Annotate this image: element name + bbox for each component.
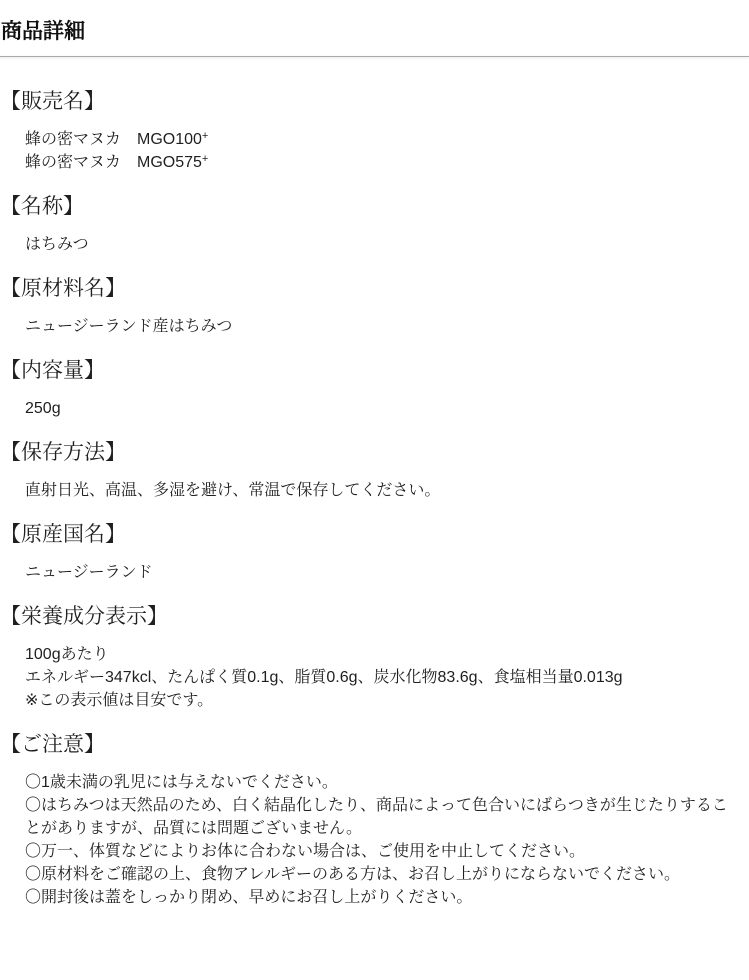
section-body-origin-country: ニュージーランド <box>25 561 741 584</box>
section-body-caution: 〇1歳未満の乳児には与えないでください。 〇はちみつは天然品のため、白く結晶化し… <box>25 771 741 909</box>
section-nutrition-facts: 【栄養成分表示】 100gあたり エネルギー347kcl、たんぱく質0.1g、脂… <box>0 602 741 712</box>
ingredients-value: ニュージーランド産はちみつ <box>25 315 741 338</box>
section-sales-name: 【販売名】 蜂の密マヌカ MGO100+ 蜂の密マヌカ MGO575+ <box>0 87 741 174</box>
section-body-product-name: はちみつ <box>25 233 741 256</box>
section-heading-ingredients: 【原材料名】 <box>0 274 741 303</box>
mgo-plus-superscript-1: + <box>202 130 208 142</box>
header-divider <box>0 56 749 57</box>
section-product-name: 【名称】 はちみつ <box>0 192 741 256</box>
section-storage-method: 【保存方法】 直射日光、高温、多湿を避け、常温で保存してください。 <box>0 438 741 502</box>
product-detail-page: 商品詳細 【販売名】 蜂の密マヌカ MGO100+ 蜂の密マヌカ MGO575+… <box>0 0 749 980</box>
section-origin-country: 【原産国名】 ニュージーランド <box>0 520 741 584</box>
section-heading-origin-country: 【原産国名】 <box>0 520 741 549</box>
origin-country-value: ニュージーランド <box>25 561 741 584</box>
nutrition-serving-basis: 100gあたり <box>25 643 741 666</box>
section-body-nutrition-facts: 100gあたり エネルギー347kcl、たんぱく質0.1g、脂質0.6g、炭水化… <box>25 643 741 712</box>
section-heading-caution: 【ご注意】 <box>0 730 741 759</box>
section-heading-sales-name: 【販売名】 <box>0 87 741 116</box>
section-heading-product-name: 【名称】 <box>0 192 741 221</box>
mgo-plus-superscript-2: + <box>202 153 208 165</box>
section-heading-nutrition-facts: 【栄養成分表示】 <box>0 602 741 631</box>
caution-item-after-opening: 〇開封後は蓋をしっかり閉め、早めにお召し上がりください。 <box>25 886 741 909</box>
section-body-ingredients: ニュージーランド産はちみつ <box>25 315 741 338</box>
section-caution: 【ご注意】 〇1歳未満の乳児には与えないでください。 〇はちみつは天然品のため、… <box>0 730 741 909</box>
section-body-storage-method: 直射日光、高温、多湿を避け、常温で保存してください。 <box>25 479 741 502</box>
caution-item-infant: 〇1歳未満の乳児には与えないでください。 <box>25 771 741 794</box>
nutrition-disclaimer: ※この表示値は目安です。 <box>25 689 741 712</box>
product-name-value: はちみつ <box>25 233 741 256</box>
net-content-value: 250g <box>25 397 741 420</box>
section-body-net-content: 250g <box>25 397 741 420</box>
nutrition-values: エネルギー347kcl、たんぱく質0.1g、脂質0.6g、炭水化物83.6g、食… <box>25 666 741 689</box>
page-title: 商品詳細 <box>1 17 749 46</box>
sales-name-line-1: 蜂の密マヌカ MGO100+ <box>25 128 741 151</box>
section-body-sales-name: 蜂の密マヌカ MGO100+ 蜂の密マヌカ MGO575+ <box>25 128 741 174</box>
section-net-content: 【内容量】 250g <box>0 356 741 420</box>
caution-item-crystallization: 〇はちみつは天然品のため、白く結晶化したり、商品によって色合いにばらつきが生じた… <box>25 794 741 840</box>
sales-name-text-2: 蜂の密マヌカ MGO575 <box>25 154 202 171</box>
section-heading-net-content: 【内容量】 <box>0 356 741 385</box>
caution-item-allergy: 〇原材料をご確認の上、食物アレルギーのある方は、お召し上がりにならないでください… <box>25 863 741 886</box>
section-heading-storage-method: 【保存方法】 <box>0 438 741 467</box>
product-detail-sections: 【販売名】 蜂の密マヌカ MGO100+ 蜂の密マヌカ MGO575+ 【名称】… <box>0 87 749 909</box>
storage-method-value: 直射日光、高温、多湿を避け、常温で保存してください。 <box>25 479 741 502</box>
section-ingredients: 【原材料名】 ニュージーランド産はちみつ <box>0 274 741 338</box>
page-header: 商品詳細 <box>0 0 749 56</box>
sales-name-line-2: 蜂の密マヌカ MGO575+ <box>25 151 741 174</box>
caution-item-discontinue-use: 〇万一、体質などによりお体に合わない場合は、ご使用を中止してください。 <box>25 840 741 863</box>
sales-name-text-1: 蜂の密マヌカ MGO100 <box>25 131 202 148</box>
